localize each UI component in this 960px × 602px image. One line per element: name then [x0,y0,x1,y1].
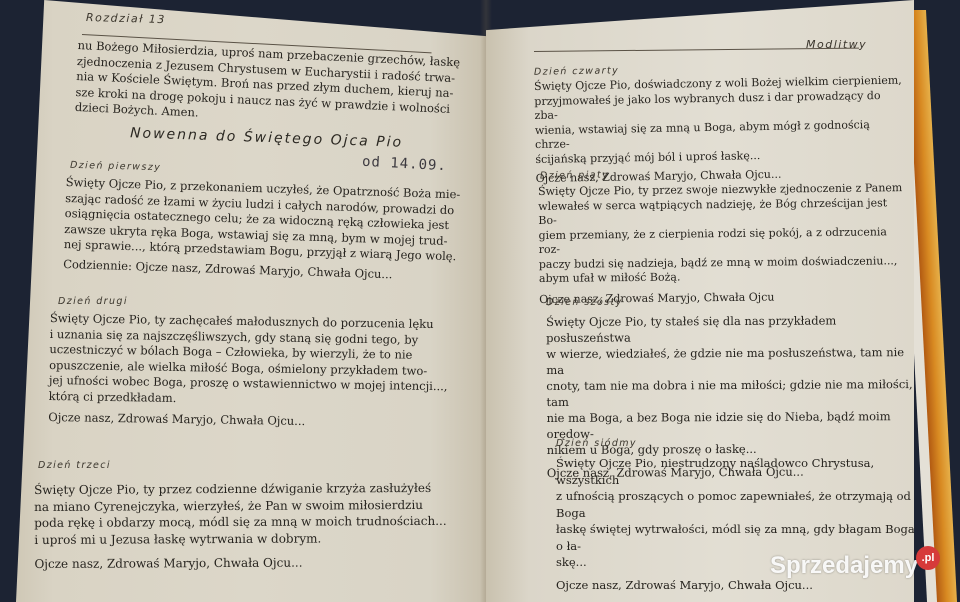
text-line: z ufnością proszących o pomoc zapewniałe… [556,488,914,521]
open-book: Rozdział 13 nu Bożego Miłosierdzia, upro… [0,0,960,602]
text-line: wlewałeś w serca wątpiących nadzieję, że… [538,196,908,229]
left-page: Rozdział 13 nu Bożego Miłosierdzia, upro… [16,0,486,602]
text-line: łaskę świętej wytrwałości, módl się za m… [556,521,914,554]
day-heading-2: Dzień drugi [58,296,128,307]
day-heading-6: Dzień szósty [546,297,623,308]
day-1-prayer: Święty Ojcze Pio, z przekonaniem uczyłeś… [63,175,476,285]
novena-title: Nowenna do Świętego Ojca Pio [130,125,404,151]
handwritten-date-note: od 14.09. [362,154,448,174]
day-2-prayer: Święty Ojcze Pio, ty zachęcałeś małodusz… [48,311,470,432]
day-5-prayer: Święty Ojcze Pio, ty przez swoje niezwyk… [538,181,909,307]
text-line: w wierze, wiedziałeś, że gdzie nie ma po… [546,344,914,378]
text-line: abym ufał w miłość Bożą. [539,268,909,286]
day-heading-4: Dzień czwarty [534,65,619,77]
text-line: cnoty, tam nie ma dobra i nie ma miłości… [546,376,914,410]
text-line: poda rękę i obdarzy mocą, módl się za mn… [34,513,474,532]
refrain: Ojcze nasz, Zdrowaś Maryjo, Chwała Ojcu.… [34,554,474,573]
running-head-chapter: Rozdział 13 [86,11,166,26]
text-line: giem przemiany, że z cierpienia rodzi si… [538,225,908,258]
refrain: Ojcze nasz, Zdrowaś Maryjo, Chwała Ojcu.… [48,410,468,432]
text-line: i uproś mi u Jezusa łaskę wytrwania w do… [34,529,474,548]
day-heading-3: Dzień trzeci [38,460,111,471]
day-heading-7: Dzień siódmy [556,438,637,449]
running-head-section: Modlitwy [806,38,867,51]
day-heading-1: Dzień pierwszy [70,160,161,173]
text-line: nie ma Boga, a bez Boga nie idzie się do… [547,408,914,442]
day-3-prayer: Święty Ojcze Pio, ty przez codzienne dźw… [34,480,474,573]
right-page: Modlitwy Dzień czwarty Święty Ojcze Pio,… [486,0,914,602]
text-line: Święty Ojcze Pio, niestrudzony naśladowc… [556,455,914,488]
watermark-logo: Sprzedajemy [770,552,918,580]
text-line: Święty Ojcze Pio, ty stałeś się dla nas … [546,312,914,346]
day-heading-5: Dzień piąty [540,170,609,182]
text-line: Święty Ojcze Pio, ty przez codzienne dźw… [34,480,474,499]
watermark-badge-icon: .pl [916,546,940,570]
